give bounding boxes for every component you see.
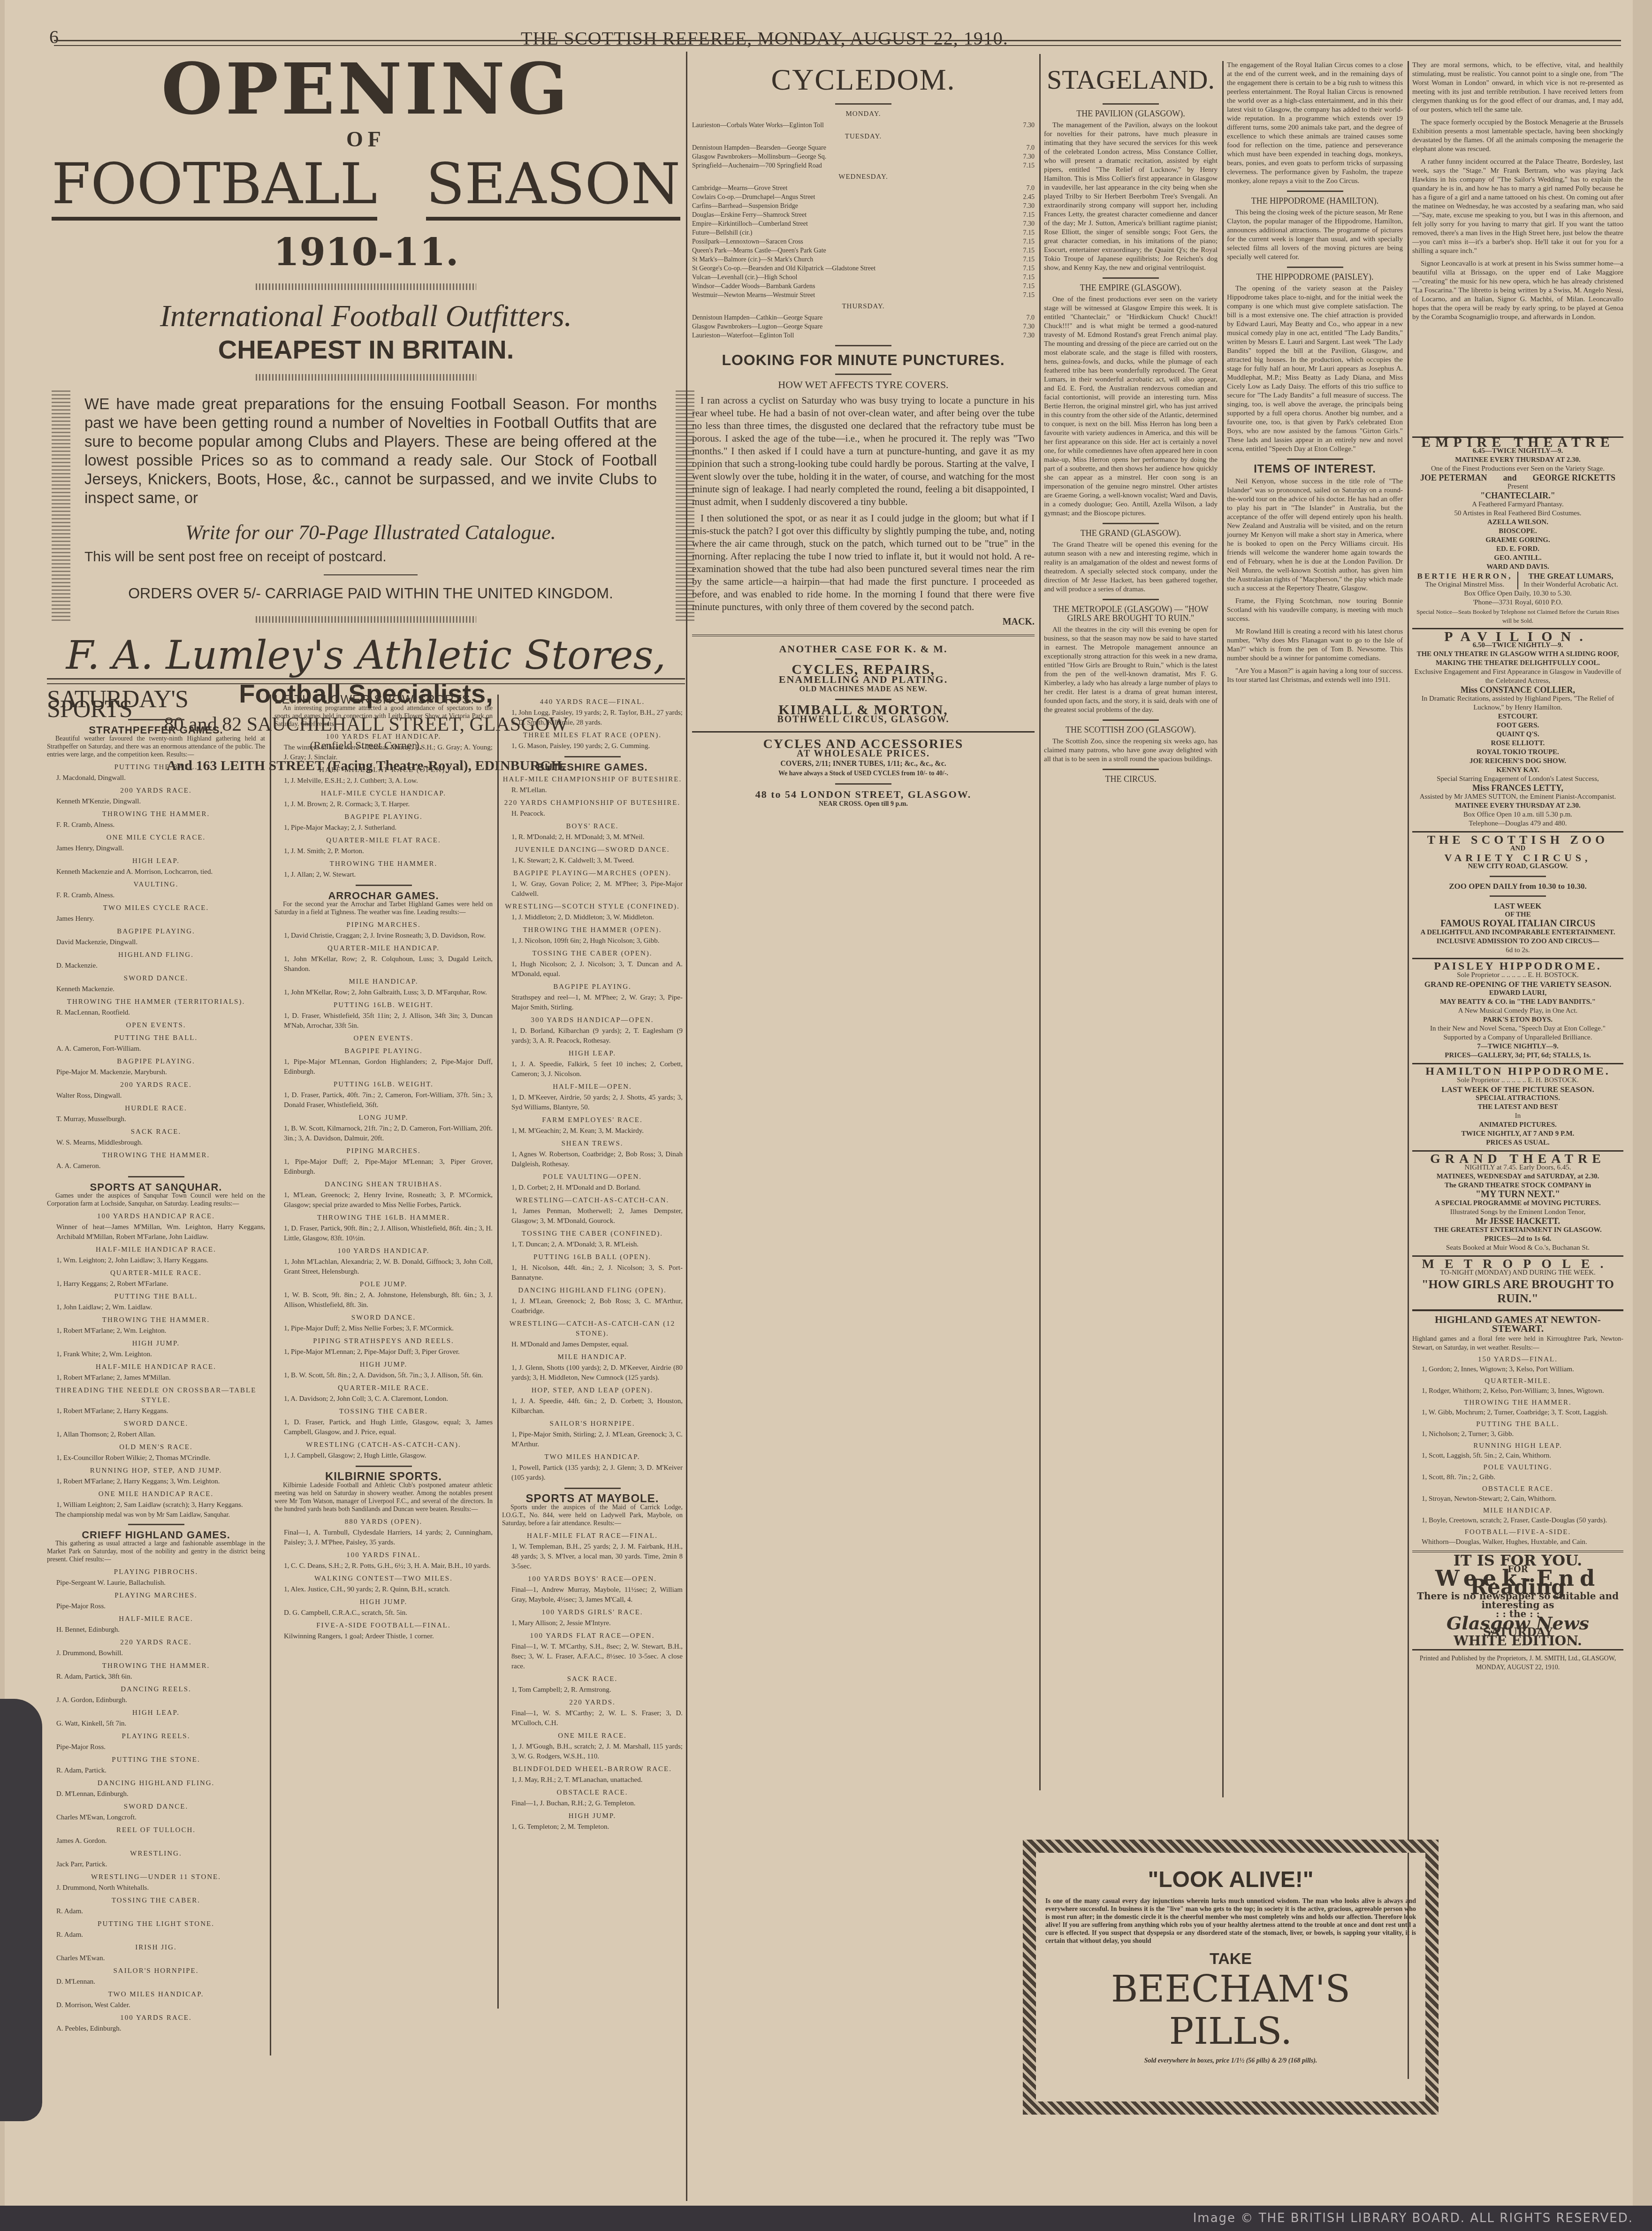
event-name: SAILOR'S HORNPIPE. xyxy=(502,1419,683,1429)
event-result: 1, Gordon; 2, Innes, Wigtown; 3, Kelso, … xyxy=(1422,1365,1623,1374)
ad-line: THE GREAT LUMARS, xyxy=(1518,572,1623,581)
ad-line: "CHANTECLAIR." xyxy=(1412,491,1623,500)
empire-ad-title: EMPIRE THEATRE xyxy=(1412,438,1623,447)
act-name: ROSE ELLIOTT. xyxy=(1412,739,1623,748)
event-result: 1, T. Duncan; 2, A. M'Donald; 3, R. M'Le… xyxy=(511,1240,683,1250)
event-name: THROWING THE HAMMER (TERRITORIALS). xyxy=(47,997,265,1007)
event-result: 1, D. Borland, Kilbarchan (9 yards); 2, … xyxy=(511,1026,683,1046)
leith-title: LEITH FLOWER SHOW SPORTS. xyxy=(274,695,493,704)
schedule-row: Laurieston—Waterfoot—Eglinton Toll7.30 xyxy=(692,331,1035,340)
gn-ad-line: IT IS FOR YOU. xyxy=(1412,1556,1623,1565)
event-name: 880 YARDS (OPEN). xyxy=(274,1517,493,1527)
event-name: HALF-MILE FLAT RACE (Open). xyxy=(274,765,493,775)
section-title: SATURDAY'S SPORTS xyxy=(47,695,265,714)
scottish-zoo-ad: THE SCOTTISH ZOO AND VARIETY CIRCUS, NEW… xyxy=(1412,835,1623,955)
zoo-paragraph: The Scottish Zoo, since the reopening si… xyxy=(1044,737,1218,764)
printer-imprint: Printed and Published by the Proprietors… xyxy=(1412,1654,1623,1672)
event-result: 1, H. Nicolson, 44ft. 4in.; 2, J. Nicols… xyxy=(511,1263,683,1283)
event-result: James Henry. xyxy=(56,914,265,924)
schedule-row: Dennistoun Hampden—Bearsden—George Squar… xyxy=(692,144,1035,153)
act-name: WARD AND DAVIS. xyxy=(1412,563,1623,572)
club-run: Westmuir—Newton Mearns—Westmuir Street xyxy=(692,291,815,300)
event-result: 1, C. C. Deans, S.H.; 2, R. Potts, G.H.,… xyxy=(284,1561,493,1571)
ad-line: LAST WEEK OF THE PICTURE SEASON. xyxy=(1412,1085,1623,1094)
club-run: Cowlairs Co-op.—Drumchapel—Angus Street xyxy=(692,193,815,202)
club-run: Dennistoun Hampden—Cathkin—George Square xyxy=(692,313,822,322)
strathpeffer-intro: Beautiful weather favoured the twenty-ni… xyxy=(47,735,265,759)
event-name: TOSSING THE CABER (OPEN). xyxy=(502,949,683,959)
ad-line: MATINEES, WEDNESDAY and SATURDAY, at 2.3… xyxy=(1412,1172,1623,1181)
event-result: R. Adam. xyxy=(56,1930,265,1940)
sanquhar-title: SPORTS AT SANQUHAR. xyxy=(47,1182,265,1192)
ad-cheapest: CHEAPEST IN BRITAIN. xyxy=(47,334,685,365)
km-ad-line: OLD MACHINES MADE AS NEW. xyxy=(692,684,1035,694)
schedule-row: Windsor—Cadder Woods—Barnbank Gardens7.1… xyxy=(692,282,1035,291)
start-time: 7.30 xyxy=(1023,331,1035,340)
schedule-day: WEDNESDAY. xyxy=(692,172,1035,182)
event-name: HIGH LEAP. xyxy=(47,1708,265,1718)
event-result: 1, Harry Keggans; 2, Robert M'Farlane. xyxy=(56,1279,265,1289)
event-result: R. Adam, Partick, 38ft 6in. xyxy=(56,1672,265,1682)
grand-ad-title: GRAND THEATRE xyxy=(1412,1154,1623,1163)
event-result: J. A. Gordon, Edinburgh. xyxy=(56,1696,265,1705)
paisley-heading: THE HIPPODROME (PAISLEY). xyxy=(1227,273,1403,282)
event-result: 1, B. W. Scott, 5ft. 8in.; 2, A. Davidso… xyxy=(284,1371,493,1381)
event-name: 220 YARDS. xyxy=(502,1698,683,1708)
column-divider xyxy=(270,695,271,2055)
event-name: THROWING THE HAMMER. xyxy=(47,1315,265,1325)
event-name: MILE HANDICAP. xyxy=(1412,1506,1623,1515)
beecham-body: Is one of the many casual every day inju… xyxy=(1045,1897,1416,1945)
ad-line: Exclusive Engagement and First Appearanc… xyxy=(1412,668,1623,686)
column-divider xyxy=(1039,54,1041,1790)
ad-line: THE ONLY THEATRE IN GLASGOW WITH A SLIDI… xyxy=(1412,650,1623,668)
act-name: GRAEME GORING. xyxy=(1412,536,1623,545)
event-result: A. Peebles, Edinburgh. xyxy=(56,2024,265,2034)
zigzag-border-right xyxy=(676,390,694,621)
event-name: WRESTLING—UNDER 11 STONE. xyxy=(47,1872,265,1882)
event-result: Kenneth Mackenzie and A. Morrison, Lochc… xyxy=(56,867,265,877)
ad-line: 50 Artistes in Real Feathered Bird Costu… xyxy=(1412,509,1623,518)
event-result: Charles M'Ewan. xyxy=(56,1954,265,1964)
event-result: G. Watt, Kinkell, 5ft 7in. xyxy=(56,1719,265,1729)
event-name: BAGPIPE PLAYING. xyxy=(47,1057,265,1067)
act-name: KENNY KAY. xyxy=(1412,766,1623,775)
ad-line: PRICES—GALLERY, 3d; PIT, 6d; STALLS, 1s. xyxy=(1412,1051,1623,1060)
start-time: 7.15 xyxy=(1023,161,1035,170)
start-time: 7.30 xyxy=(1023,202,1035,211)
event-result: 1, M. M'Geachin; 2, M. Kean; 3, M. Macki… xyxy=(511,1126,683,1136)
event-result: 1, John M'Kellar, Row; 2, John Galbraith… xyxy=(284,988,493,998)
event-result: 1, Pipe-Major Mackay; 2, J. Sutherland. xyxy=(284,823,493,833)
leith-results: 100 YARDS FLAT HANDICAP.The winners of h… xyxy=(274,732,493,880)
event-name: THROWING THE HAMMER. xyxy=(47,1151,265,1161)
buteshire-maybole-column: 440 YARDS RACE—FINAL.1, John Logg, Paisl… xyxy=(502,695,683,1833)
event-result: J. Drummond, Bowhill. xyxy=(56,1649,265,1658)
event-name: 300 YARDS HANDICAP—Open. xyxy=(502,1016,683,1025)
event-name: WRESTLING—SCOTCH STYLE (CONFINED). xyxy=(502,902,683,912)
start-time: 7.30 xyxy=(1023,153,1035,161)
event-name: MILE HANDICAP. xyxy=(502,1352,683,1362)
event-name: BAGPIPE PLAYING. xyxy=(274,812,493,822)
act-name: BIOSCOPE. xyxy=(1412,527,1623,536)
club-run: St George's Co-op.—Bearsden and Old Kilp… xyxy=(692,264,875,273)
ad-line: One of the Finest Productions ever Seen … xyxy=(1412,465,1623,474)
event-name: SACK RACE. xyxy=(502,1674,683,1684)
sanquhar-outro: The championship medal was won by Mr Sam… xyxy=(47,1511,265,1519)
event-name: ONE MILE CYCLE RACE. xyxy=(47,833,265,843)
club-run: Cambridge—Mearns—Grove Street xyxy=(692,184,787,193)
event-name: IRISH JIG. xyxy=(47,1943,265,1953)
metropole-ad-title: METROPOLE. xyxy=(1412,1260,1623,1268)
wavy-rule xyxy=(256,283,476,290)
event-name: SWORD DANCE. xyxy=(47,1419,265,1429)
paisley-ad-title: PAISLEY HIPPODROME. xyxy=(1412,962,1623,971)
circus-heading: THE CIRCUS. xyxy=(1044,775,1218,784)
event-result: 1, Ex-Councillor Robert Wilkie; 2, Thoma… xyxy=(56,1453,265,1463)
event-result: 1, J. M'Gough, B.H., scratch; 2, J. M. M… xyxy=(511,1742,683,1762)
arrochar-intro: For the second year the Arrochar and Tar… xyxy=(274,901,493,917)
crieff-results: PLAYING PIBROCHS.Pipe-Sergeant W. Laurie… xyxy=(47,1567,265,2034)
event-result: The winners of heats were—Thomas Murray,… xyxy=(284,743,493,763)
event-result: 1, J. Middleton; 2, D. Middleton; 3, W. … xyxy=(511,913,683,923)
event-name: SWORD DANCE. xyxy=(274,1313,493,1323)
acc-ad-line: CYCLES AND ACCESSORIES xyxy=(692,739,1035,749)
ad-line: The Original Minstrel Miss. xyxy=(1412,581,1517,589)
schedule-day: MONDAY. xyxy=(692,109,1035,119)
beecham-price: Sold everywhere in boxes, price 1/1½ (56… xyxy=(1045,2057,1416,2065)
event-result: F. R. Cramb, Alness. xyxy=(56,891,265,901)
schedule-row: Queen's Park—Mearns Castle—Queen's Park … xyxy=(692,246,1035,255)
event-result: 1, W. Gibb, Mochrum; 2, Turner, Coatbrid… xyxy=(1422,1408,1623,1417)
paisley-hippodrome-ad: PAISLEY HIPPODROME. Sole Proprietor .. .… xyxy=(1412,962,1623,1060)
event-name: OPEN EVENTS. xyxy=(47,1021,265,1031)
event-result: H. Bennet, Edinburgh. xyxy=(56,1625,265,1635)
event-name: HALF-MILE HANDICAP RACE. xyxy=(47,1362,265,1372)
event-result: 1, Wm. Leighton; 2, John Laidlaw; 3, Har… xyxy=(56,1256,265,1266)
event-result: 1, J. Glenn, Shotts (100 yards); 2, D. M… xyxy=(511,1363,683,1383)
act-name: ED. E. FORD. xyxy=(1412,545,1623,554)
items-paragraph: The space formerly occupied by the Bosto… xyxy=(1412,118,1623,154)
event-result: David Mackenzie, Dingwall. xyxy=(56,938,265,947)
km-advertisement: ANOTHER CASE FOR K. & M. CYCLES, REPAIRS… xyxy=(692,644,1035,725)
event-result: 1, J. M. Smith; 2, P. Morton. xyxy=(284,847,493,856)
event-name: HIGHLAND FLING. xyxy=(47,950,265,960)
kilbirnie-title: KILBIRNIE SPORTS. xyxy=(274,1472,493,1482)
ad-line: ZOO OPEN DAILY from 10.30 to 10.30. xyxy=(1412,882,1623,891)
event-name: BAGPIPE PLAYING. xyxy=(274,1047,493,1056)
schedule-row: Cowlairs Co-op.—Drumchapel—Angus Street2… xyxy=(692,193,1035,202)
pavilion-acts: ESTCOURT.FOOT GERS.QUAINT Q'S.ROSE ELLIO… xyxy=(1412,712,1623,775)
grand-paragraph: The Grand Theatre will be opened this ev… xyxy=(1044,541,1218,594)
pavilion-ad-title: PAVILION. xyxy=(1412,632,1623,641)
event-name: JUVENILE DANCING—SWORD DANCE. xyxy=(502,845,683,855)
hamilton-ad-title: HAMILTON HIPPODROME. xyxy=(1412,1067,1623,1076)
items-paragraph: "Are You a Mason?" is again having a lon… xyxy=(1227,667,1403,685)
saturdays-sports-column: SATURDAY'S SPORTS STRATHPEFFER GAMES. Be… xyxy=(47,695,265,2035)
event-result: 1, D. M'Keever, Airdrie, 50 yards; 2, J.… xyxy=(511,1093,683,1113)
event-result: 1, John Laidlaw; 2, Wm. Laidlaw. xyxy=(56,1303,265,1313)
event-result: D. Mackenzie. xyxy=(56,961,265,971)
event-name: PIPING MARCHES. xyxy=(274,920,493,930)
beecham-take: TAKE xyxy=(1045,1950,1416,1968)
event-name: WRESTLING—CATCH-AS-CATCH-CAN (12 STONE). xyxy=(502,1319,683,1339)
club-run: Dennistoun Hampden—Bearsden—George Squar… xyxy=(692,144,826,153)
acc-ad-line: 48 to 54 LONDON STREET, GLASGOW. xyxy=(692,789,1035,799)
ad-tagline: International Football Outfitters. xyxy=(47,298,685,334)
event-name: PUTTING 16lb. WEIGHT. xyxy=(274,1001,493,1010)
lumley-advertisement: OPENING OF FOOTBALL SEASON 1910-11. Inte… xyxy=(47,52,685,774)
club-run-schedule: MONDAY.Laurieston—Corbals Water Works—Eg… xyxy=(692,109,1035,340)
start-time: 7.15 xyxy=(1023,282,1035,291)
event-name: WALKING CONTEST—TWO MILES. xyxy=(274,1574,493,1584)
event-name: THROWING THE HAMMER. xyxy=(274,859,493,869)
event-name: PUTTING THE BALL. xyxy=(47,1033,265,1043)
event-name: 100 YARDS FLAT HANDICAP. xyxy=(274,732,493,742)
event-result: Pipe-Major M. Mackenzie, Marybursh. xyxy=(56,1068,265,1077)
event-name: DANCING HIGHLAND FLING (Open). xyxy=(502,1286,683,1296)
event-name: BAGPIPE PLAYING. xyxy=(502,982,683,992)
kilbirnie-intro: Kilbirnie Ladeside Football and Athletic… xyxy=(274,1482,493,1513)
event-name: PLAYING PIBROCHS. xyxy=(47,1567,265,1577)
event-result: D. Morrison, West Calder. xyxy=(56,2001,265,2010)
event-name: DANCING REELS. xyxy=(47,1685,265,1695)
event-name: FIVE-A-SIDE FOOTBALL—FINAL. xyxy=(274,1621,493,1631)
club-run: Future—Bellshill (cir.) xyxy=(692,229,752,237)
event-name: SWORD DANCE. xyxy=(47,1802,265,1812)
items-paragraph: Mr Rowland Hill is creating a record wit… xyxy=(1227,627,1403,663)
schedule-row: Vulcan—Levenhall (cir.)—High School7.15 xyxy=(692,273,1035,282)
event-name: RUNNING HOP, STEP, AND JUMP. xyxy=(47,1466,265,1476)
event-name: THREADING THE NEEDLE ON CROSSBAR—TABLE S… xyxy=(47,1386,265,1406)
event-name: WRESTLING—CATCH-AS-CATCH-CAN. xyxy=(502,1196,683,1206)
event-result: 1, J. M'Lean, Greenock; 2, Bob Ross; 3, … xyxy=(511,1297,683,1316)
schedule-row: Cambridge—Mearns—Grove Street7.0 xyxy=(692,184,1035,193)
event-result: Final—1, W. T. M'Carthy, S.H., 8sec; 2, … xyxy=(511,1642,683,1672)
items-paragraph: Frame, the Flying Scotchman, now touring… xyxy=(1227,597,1403,624)
ad-line: VARIETY CIRCUS, xyxy=(1412,853,1623,862)
article-paragraph: I then solutioned the spot, or as near i… xyxy=(692,512,1035,613)
km-ad-line: ANOTHER CASE FOR K. & M. xyxy=(692,644,1035,654)
schedule-row: Future—Bellshill (cir.)7.15 xyxy=(692,229,1035,237)
article-paragraph: I ran across a cyclist on Saturday who w… xyxy=(692,394,1035,508)
circus-paragraph: The engagement of the Royal Italian Circ… xyxy=(1227,61,1403,186)
event-result: 1, W. B. Scott, 9ft. 8in.; 2, A. Johnsto… xyxy=(284,1291,493,1310)
event-result: H. M'Donald and James Dempster, equal. xyxy=(511,1340,683,1350)
event-name: PIPING STRATHSPEYS AND REELS. xyxy=(274,1337,493,1346)
stageland-title: STAGELAND. xyxy=(1044,61,1218,99)
ad-line: 'Phone—3731 Royal, 6010 P.O. xyxy=(1412,598,1623,607)
club-run: Springfield—Auchenairn—700 Springfield R… xyxy=(692,161,822,170)
ad-line: Supported by a Company of Unparalleled B… xyxy=(1412,1033,1623,1042)
right-column: They are moral sermons, which, to be eff… xyxy=(1412,61,1623,326)
schedule-row: Springfield—Auchenairn—700 Springfield R… xyxy=(692,161,1035,170)
club-run: Vulcan—Levenhall (cir.)—High School xyxy=(692,273,797,282)
event-name: THROWING THE HAMMER (OPEN). xyxy=(502,925,683,935)
zoo-heading: THE SCOTTISH ZOO (GLASGOW). xyxy=(1044,726,1218,734)
event-result: R. Adam, Partick. xyxy=(56,1766,265,1776)
event-result: 1, John M'Kellar, Row; 2, R. Colquhoun, … xyxy=(284,955,493,974)
event-name: TOSSING THE CABER. xyxy=(274,1407,493,1417)
event-name: PLAYING MARCHES. xyxy=(47,1591,265,1601)
ad-line: Miss FRANCES LETTY, xyxy=(1412,784,1623,793)
event-result: 1, W. Templeman, B.H., 25 yards; 2, J. M… xyxy=(511,1542,683,1572)
ad-line: A New Musical Comedy Play, in One Act. xyxy=(1412,1007,1623,1016)
event-name: HIGH LEAP. xyxy=(47,856,265,866)
km-ad-line: ENAMELLING AND PLATING. xyxy=(692,674,1035,684)
event-result: 1, Hugh Nicolson; 2, J. Nicolson; 3, T. … xyxy=(511,960,683,979)
event-name: TOSSING THE CABER (Confined). xyxy=(502,1229,683,1239)
gn-ad-line: WHITE EDITION. xyxy=(1412,1636,1623,1645)
strathpeffer-results: PUTTING THE BALL.J. Macdonald, Dingwall.… xyxy=(47,763,265,1171)
event-name: TWO MILES HANDICAP. xyxy=(47,1990,265,2000)
act-name: FOOT GERS. xyxy=(1412,721,1623,730)
event-result: James A. Gordon. xyxy=(56,1836,265,1846)
ad-line: Telephone—Douglas 479 and 480. xyxy=(1412,819,1623,828)
schedule-day: TUESDAY. xyxy=(692,132,1035,142)
event-result: 1, Allan Thomson; 2, Robert Allan. xyxy=(56,1430,265,1440)
event-name: HURDLE RACE. xyxy=(47,1104,265,1114)
event-result: Strathspey and reel—1, M. M'Phee; 2, W. … xyxy=(511,993,683,1013)
event-result: 1, James Penman, Motherwell; 2, James De… xyxy=(511,1207,683,1226)
event-result: 1, John M'Lachlan, Alexandria; 2, W. B. … xyxy=(284,1257,493,1277)
section-rule xyxy=(47,678,685,684)
event-result: Pipe-Major Ross. xyxy=(56,1742,265,1752)
paisley-paragraph: The opening of the variety season at the… xyxy=(1227,284,1403,454)
event-name: QUARTER-MILE RACE. xyxy=(274,1383,493,1393)
act-name: JOE REICHEN'S DOG SHOW. xyxy=(1412,757,1623,766)
start-time: 7.30 xyxy=(1023,322,1035,331)
start-time: 7.15 xyxy=(1023,237,1035,246)
ad-line: LAST WEEK xyxy=(1412,902,1623,910)
event-name: 100 YARDS BOYS' RACE—OPEN. xyxy=(502,1574,683,1584)
schedule-row: Westmuir—Newton Mearns—Westmuir Street7.… xyxy=(692,291,1035,300)
event-result: D. M'Lennan. xyxy=(56,1977,265,1987)
event-result: W. S. Mearns, Middlesbrough. xyxy=(56,1138,265,1148)
km-ad-line: KIMBALL & MORTON, xyxy=(692,705,1035,715)
crieff-title: CRIEFF HIGHLAND GAMES. xyxy=(47,1530,265,1540)
event-result: H. Peacock. xyxy=(511,809,683,819)
club-run: Glasgow Pawnbrokers—Mollinsburn—George S… xyxy=(692,153,826,161)
maybole-results: HALF-MILE FLAT RACE—FINAL.1, W. Templema… xyxy=(502,1531,683,1832)
schedule-day: THURSDAY. xyxy=(692,302,1035,312)
club-run: Empire—Kirkintilloch—Cumberland Street xyxy=(692,220,808,229)
schedule-row: Carfins—Barrhead—Suspension Bridge7.30 xyxy=(692,202,1035,211)
event-name: QUARTER-MILE HANDICAP. xyxy=(274,944,493,954)
masthead-rule xyxy=(54,40,1621,46)
gn-ad-line: There is no newspaper so suitable and in… xyxy=(1412,1592,1623,1610)
start-time: 7.30 xyxy=(1023,121,1035,130)
event-result: A. A. Cameron, Fort-William. xyxy=(56,1044,265,1054)
ad-line: A Feathered Farmyard Phantasy. xyxy=(1412,500,1623,509)
theatre-ads: EMPIRE THEATRE 6.45—TWICE NIGHTLY—9. MAT… xyxy=(1412,436,1623,1672)
column-divider xyxy=(1408,61,1409,2079)
ad-line: BERTIE HERRON, xyxy=(1412,572,1517,581)
column-divider xyxy=(497,695,499,2009)
torn-edge-left xyxy=(0,1699,42,2121)
event-name: ONE MILE HANDICAP RACE. xyxy=(47,1490,265,1499)
event-name: PUTTING THE BALL. xyxy=(1412,1420,1623,1429)
ad-line: THE GREATEST ENTERTAINMENT IN GLASGOW. xyxy=(1412,1226,1623,1235)
event-name: OPEN EVENTS. xyxy=(274,1034,493,1044)
beechams-advertisement: "LOOK ALIVE!" Is one of the many casual … xyxy=(1023,1840,1439,2115)
event-result: 1, Robert M'Farlane; 2, Harry Keggans; 3… xyxy=(56,1477,265,1487)
event-result: Final—1, A. Turnbull, Clydesdale Harrier… xyxy=(284,1528,493,1548)
event-name: HALF-MILE—Open. xyxy=(502,1082,683,1092)
event-result: Kilwinning Rangers, 1 goal; Ardeer Thist… xyxy=(284,1632,493,1642)
event-name: BAGPIPE PLAYING. xyxy=(47,927,265,937)
event-name: 100 YARDS FLAT RACE—OPEN. xyxy=(502,1631,683,1641)
article-signature: MACK. xyxy=(692,617,1035,627)
event-name: PUTTING 16lb BALL (Open). xyxy=(502,1253,683,1262)
event-name: QUARTER-MILE FLAT RACE. xyxy=(274,836,493,846)
cycledom-title: CYCLEDOM. xyxy=(692,61,1035,99)
event-result: 1, B. W. Scott, Kilmarnock, 21ft. 7in.; … xyxy=(284,1124,493,1144)
event-result: 1, J. Melville, E.S.H.; 2, J. Cuthbert; … xyxy=(284,776,493,786)
ad-line: 6d to 2s. xyxy=(1412,946,1623,955)
schedule-row: St Mark's—Balmore (cir.)—St Mark's Churc… xyxy=(692,255,1035,264)
metropole-ad: METROPOLE. TO-NIGHT (MONDAY) AND DURING … xyxy=(1412,1260,1623,1306)
club-run: Possilpark—Lennoxtown—Saracen Cross xyxy=(692,237,803,246)
ad-football: FOOTBALL xyxy=(52,152,377,221)
event-name: PUTTING THE STONE. xyxy=(47,1755,265,1765)
ad-line: Box Office Open Daily, 10.30 to 5.30. xyxy=(1412,589,1623,598)
empire-paragraph: One of the finest productions ever seen … xyxy=(1044,295,1218,518)
schedule-row: Glasgow Pawnbrokers—Mollinsburn—George S… xyxy=(692,153,1035,161)
club-run: St Mark's—Balmore (cir.)—St Mark's Churc… xyxy=(692,255,813,264)
event-name: QUARTER-MILE RACE. xyxy=(47,1268,265,1278)
acc-ad-line: We have always a Stock of USED CYCLES fr… xyxy=(692,769,1035,779)
event-name: SAILOR'S HORNPIPE. xyxy=(47,1966,265,1976)
event-result: 1, Frank White; 2, Wm. Leighton. xyxy=(56,1350,265,1360)
ad-line: THE LATEST AND BEST xyxy=(1412,1103,1623,1112)
ad-line: GEORGE RICKETTS xyxy=(1532,474,1615,482)
event-result: R. Adam. xyxy=(56,1907,265,1917)
event-name: PUTTING THE LIGHT STONE. xyxy=(47,1919,265,1929)
km-ad-line: BOTHWELL CIRCUS, GLASGOW. xyxy=(692,715,1035,725)
event-name: HALF-MILE HANDICAP RACE. xyxy=(47,1245,265,1255)
km-ad-line: CYCLES, REPAIRS, xyxy=(692,665,1035,674)
start-time: 7.15 xyxy=(1023,291,1035,300)
event-result: 1, Robert M'Farlane; 2, Wm. Leighton. xyxy=(56,1326,265,1336)
event-name: 220 YARDS RACE. xyxy=(47,1638,265,1648)
event-result: 1, Scott, Laggish, 5ft. 5in.; 2, Cain, W… xyxy=(1422,1452,1623,1460)
event-name: DANCING HIGHLAND FLING. xyxy=(47,1779,265,1788)
start-time: 7.15 xyxy=(1023,273,1035,282)
event-name: HIGH JUMP. xyxy=(47,1339,265,1349)
event-result: 1, Tom Campbell; 2, R. Armstrong. xyxy=(511,1685,683,1695)
event-result: R. M'Lellan. xyxy=(511,786,683,795)
event-result: 1, Scott, 8ft. 7in.; 2, Gibb. xyxy=(1422,1473,1623,1482)
event-name: 150 YARDS—Final. xyxy=(1412,1355,1623,1364)
club-run: Glasgow Pawnbrokers—Lugton—George Square xyxy=(692,322,822,331)
event-name: PLAYING REELS. xyxy=(47,1732,265,1742)
beecham-product: BEECHAM'S PILLS. xyxy=(1045,1968,1416,2053)
event-result: Kenneth Mackenzie. xyxy=(56,985,265,994)
act-name: AZELLA WILSON. xyxy=(1412,518,1623,527)
empire-heading: THE EMPIRE (GLASGOW). xyxy=(1044,283,1218,292)
ad-line: 7—TWICE NIGHTLY—9. xyxy=(1412,1042,1623,1051)
ad-line: Present xyxy=(1412,482,1623,491)
event-name: RUNNING HIGH LEAP. xyxy=(1412,1442,1623,1451)
ad-line: PRICES AS USUAL. xyxy=(1412,1138,1623,1147)
event-name: THROWING THE HAMMER. xyxy=(47,1661,265,1671)
ad-line: ANIMATED PICTURES. xyxy=(1412,1121,1623,1130)
zoo-ad-title: THE SCOTTISH ZOO xyxy=(1412,835,1623,844)
event-result: Whithorn—Douglas, Walker, Hughes, Huxtab… xyxy=(1422,1538,1623,1547)
strathpeffer-title: STRATHPEFFER GAMES. xyxy=(47,725,265,735)
event-result: Final—1, Andrew Murray, Maybole, 11½sec;… xyxy=(511,1585,683,1605)
